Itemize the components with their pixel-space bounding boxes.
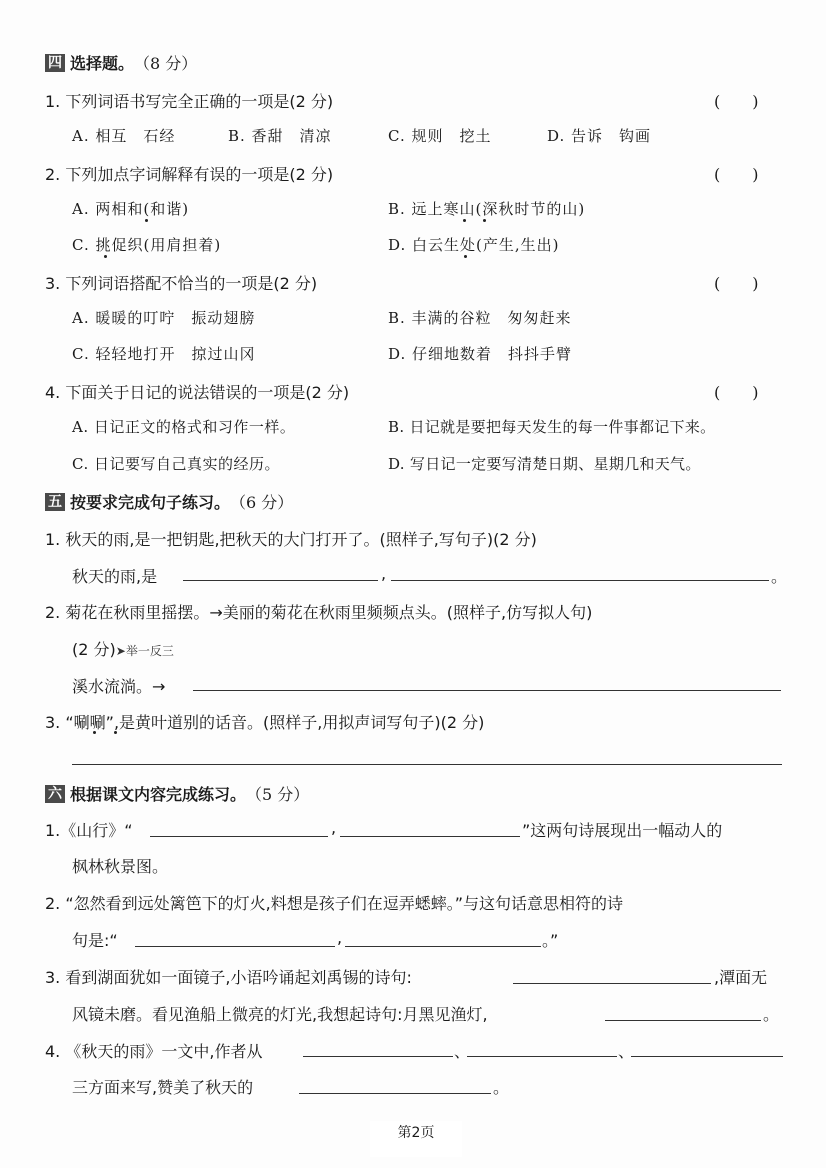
s6-q3-stem: 3. 看到湖面犹如一面镜子,小语吟诵起刘禹锡的诗句: bbox=[45, 965, 412, 988]
question-text: 下列词语搭配不恰当的一项是(2 分) bbox=[65, 274, 317, 293]
s4-q3-answer-box[interactable]: ( ) bbox=[714, 271, 759, 294]
question-text: “唰唰”,是黄叶道别的话音。(照样子,用拟声词写句子)(2 分) bbox=[65, 713, 484, 732]
question-text: 菊花在秋雨里摇摆。→美丽的菊花在秋雨里频频点头。(照样子,仿写拟人句) bbox=[65, 603, 592, 622]
emphasis-dot bbox=[104, 255, 107, 258]
s6-q4-blank-1[interactable] bbox=[303, 1056, 453, 1057]
s5-q2-score: (2 分)➤举一反三 bbox=[72, 637, 174, 660]
s6-q1-blank-1[interactable] bbox=[150, 836, 328, 837]
question-text: 下列加点字词解释有误的一项是(2 分) bbox=[65, 165, 333, 184]
s6-q3-end: 。 bbox=[763, 1002, 779, 1025]
question-number: 1. bbox=[45, 530, 60, 549]
emphasis-dot bbox=[93, 731, 96, 734]
hint-tag: ➤举一反三 bbox=[116, 644, 174, 658]
section-5-score: （6 分） bbox=[230, 490, 293, 513]
s6-q4-blank-4[interactable] bbox=[299, 1093, 491, 1094]
question-number: 3. bbox=[45, 968, 60, 987]
question-number: 2. bbox=[45, 165, 60, 184]
s4-q2-option-d: D. 白云生处(产生,生出) bbox=[388, 234, 560, 255]
question-number: 2. bbox=[45, 894, 60, 913]
s6-q4-blank-3[interactable] bbox=[631, 1056, 783, 1057]
section-6-score: （5 分） bbox=[246, 782, 309, 805]
s6-q1-blank-2[interactable] bbox=[340, 836, 520, 837]
s6-q1-suffix: ”这两句诗展现出一幅动人的 bbox=[522, 818, 722, 841]
s4-q4-option-a: A. 日记正文的格式和习作一样。 bbox=[72, 416, 295, 437]
question-text: 《秋天的雨》一文中,作者从 bbox=[65, 1042, 262, 1061]
page-number: 第2页 bbox=[370, 1121, 462, 1157]
s4-q1-option-b: B. 香甜 清凉 bbox=[228, 125, 332, 146]
s6-q2-comma: , bbox=[337, 928, 342, 947]
question-text: 下面关于日记的说法错误的一项是(2 分) bbox=[65, 383, 349, 402]
s4-q2-option-b: B. 远上寒山(深秋时节的山) bbox=[388, 198, 585, 219]
s4-q1-option-d: D. 告诉 钩画 bbox=[547, 125, 651, 146]
question-number: 3. bbox=[45, 713, 60, 732]
s6-q3-line2: 风镜未磨。看见渔船上微亮的灯光,我想起诗句:月黑见渔灯, bbox=[72, 1002, 488, 1025]
s4-q2-option-a: A. 两相和(和谐) bbox=[72, 198, 189, 219]
s6-q4-blank-2[interactable] bbox=[467, 1056, 617, 1057]
s6-q4-end: 。 bbox=[493, 1075, 509, 1098]
s4-q4-option-d: D. 写日记一定要写清楚日期、星期几和天气。 bbox=[388, 453, 701, 474]
s6-q1-line2: 枫林秋景图。 bbox=[72, 854, 168, 877]
s6-q3-blank-1[interactable] bbox=[513, 983, 711, 984]
section-5-badge: 五 bbox=[45, 493, 65, 511]
s4-q3-option-c: C. 轻轻地打开 掠过山冈 bbox=[72, 343, 255, 364]
s5-q3-stem: 3. “唰唰”,是黄叶道别的话音。(照样子,用拟声词写句子)(2 分) bbox=[45, 710, 484, 733]
s4-q1-answer-box[interactable]: ( ) bbox=[714, 89, 759, 112]
s5-q2-stem: 2. 菊花在秋雨里摇摆。→美丽的菊花在秋雨里频频点头。(照样子,仿写拟人句) bbox=[45, 600, 592, 623]
s4-q4-stem: 4. 下面关于日记的说法错误的一项是(2 分) bbox=[45, 380, 349, 403]
s6-q4-sep-1: 、 bbox=[454, 1039, 470, 1062]
question-number: 2. bbox=[45, 603, 60, 622]
s4-q3-option-d: D. 仔细地数着 抖抖手臂 bbox=[388, 343, 572, 364]
section-6-badge: 六 bbox=[45, 785, 65, 803]
emphasis-dot bbox=[145, 219, 148, 222]
s4-q3-stem: 3. 下列词语搭配不恰当的一项是(2 分) bbox=[45, 271, 317, 294]
section-4-badge: 四 bbox=[45, 54, 65, 72]
s4-q2-stem: 2. 下列加点字词解释有误的一项是(2 分) bbox=[45, 162, 333, 185]
s6-q1-comma: , bbox=[331, 818, 336, 837]
section-5-header: 五 按要求完成句子练习。 （6 分） bbox=[45, 490, 293, 513]
s5-q1-blank-1[interactable] bbox=[183, 580, 378, 581]
s4-q4-option-c: C. 日记要写自己真实的经历。 bbox=[72, 453, 280, 474]
s5-q1-comma: , bbox=[381, 564, 386, 583]
s4-q2-option-c: C. 挑促织(用肩担着) bbox=[72, 234, 221, 255]
s4-q1-option-c: C. 规则 挖土 bbox=[388, 125, 491, 146]
s6-q2-blank-2[interactable] bbox=[345, 946, 541, 947]
s4-q1-stem: 1. 下列词语书写完全正确的一项是(2 分) bbox=[45, 89, 333, 112]
question-text: 看到湖面犹如一面镜子,小语吟诵起刘禹锡的诗句: bbox=[65, 968, 411, 987]
s6-q4-line2-prefix: 三方面来写,赞美了秋天的 bbox=[72, 1075, 253, 1098]
section-6-title: 根据课文内容完成练习。 bbox=[70, 782, 246, 805]
question-number: 1. bbox=[45, 821, 60, 840]
s6-q3-blank-2[interactable] bbox=[605, 1020, 761, 1021]
section-6-header: 六 根据课文内容完成练习。 （5 分） bbox=[45, 782, 309, 805]
emphasis-dot bbox=[114, 731, 117, 734]
emphasis-dot bbox=[464, 255, 467, 258]
score-text: (2 分) bbox=[72, 640, 116, 659]
question-text: 《山行》“ bbox=[60, 821, 132, 840]
s6-q2-blank-1[interactable] bbox=[135, 946, 335, 947]
question-number: 4. bbox=[45, 1042, 60, 1061]
s4-q4-option-b: B. 日记就是要把每天发生的每一件事都记下来。 bbox=[388, 416, 715, 437]
section-4-header: 四 选择题。 （8 分） bbox=[45, 51, 197, 74]
s6-q2-end: 。” bbox=[542, 928, 558, 951]
section-5-title: 按要求完成句子练习。 bbox=[70, 490, 230, 513]
s5-q1-blank-2[interactable] bbox=[391, 580, 769, 581]
emphasis-dot bbox=[483, 219, 486, 222]
s6-q2-line2-prefix: 句是:“ bbox=[72, 928, 118, 951]
s4-q4-answer-box[interactable]: ( ) bbox=[714, 380, 759, 403]
s5-q3-blank[interactable] bbox=[72, 764, 782, 765]
question-number: 1. bbox=[45, 92, 60, 111]
question-text: “忽然看到远处篱笆下的灯火,料想是孩子们在逗弄蟋蟀。”与这句话意思相符的诗 bbox=[65, 894, 623, 913]
s4-q2-answer-box[interactable]: ( ) bbox=[714, 162, 759, 185]
s5-q2-answer-prefix: 溪水流淌。→ bbox=[72, 674, 165, 697]
question-number: 4. bbox=[45, 383, 60, 402]
s4-q3-option-b: B. 丰满的谷粒 匆匆赶来 bbox=[388, 307, 572, 328]
s5-q1-answer-prefix: 秋天的雨,是 bbox=[72, 564, 157, 587]
section-4-score: （8 分） bbox=[134, 51, 197, 74]
s6-q3-after-blank: ,潭面无 bbox=[714, 965, 767, 988]
s6-q4-stem: 4. 《秋天的雨》一文中,作者从 bbox=[45, 1039, 262, 1062]
s4-q1-option-a: A. 相互 石经 bbox=[72, 125, 175, 146]
s6-q1-prefix: 1.《山行》“ bbox=[45, 818, 133, 841]
s5-q2-blank[interactable] bbox=[193, 690, 781, 691]
s5-q1-stem: 1. 秋天的雨,是一把钥匙,把秋天的大门打开了。(照样子,写句子)(2 分) bbox=[45, 527, 537, 550]
s4-q3-option-a: A. 暖暖的叮咛 振动翅膀 bbox=[72, 307, 255, 328]
question-number: 3. bbox=[45, 274, 60, 293]
s6-q4-sep-2: 、 bbox=[618, 1039, 634, 1062]
s6-q2-stem: 2. “忽然看到远处篱笆下的灯火,料想是孩子们在逗弄蟋蟀。”与这句话意思相符的诗 bbox=[45, 891, 623, 914]
section-4-title: 选择题。 bbox=[70, 51, 134, 74]
worksheet-page: 四 选择题。 （8 分） 1. 下列词语书写完全正确的一项是(2 分) ( ) … bbox=[0, 0, 826, 1168]
s5-q1-end: 。 bbox=[771, 564, 787, 587]
question-text: 秋天的雨,是一把钥匙,把秋天的大门打开了。(照样子,写句子)(2 分) bbox=[65, 530, 537, 549]
emphasis-dot bbox=[463, 219, 466, 222]
question-text: 下列词语书写完全正确的一项是(2 分) bbox=[65, 92, 333, 111]
